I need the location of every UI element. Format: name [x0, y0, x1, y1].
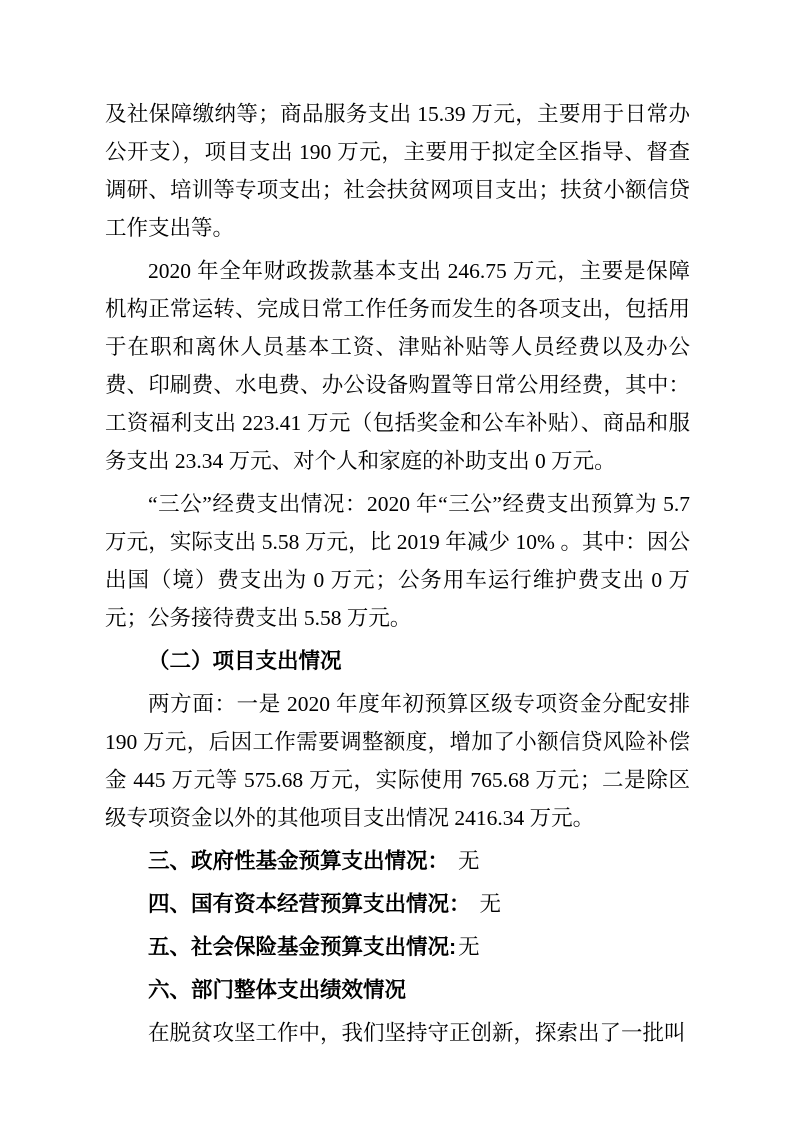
body-paragraph-basic-expenditure: 2020 年全年财政拨款基本支出 246.75 万元，主要是保障机构正常运转、完… — [105, 252, 690, 480]
document-page: 及社保障缴纳等；商品服务支出 15.39 万元，主要用于日常办公开支），项目支出… — [0, 0, 793, 1122]
section-heading-value: 无 — [458, 935, 480, 959]
section-heading-value: 无 — [480, 892, 502, 916]
body-paragraph-poverty-alleviation: 在脱贫攻坚工作中，我们坚持守正创新，探索出了一批叫 — [105, 1014, 690, 1052]
section-heading-government-fund-budget: 三、政府性基金预算支出情况：无 — [105, 842, 690, 880]
section-heading-label: 五、社会保险基金预算支出情况: — [148, 935, 456, 959]
section-heading-state-capital-budget: 四、国有资本经营预算支出情况：无 — [105, 885, 690, 923]
body-paragraph-expenditure-continuation: 及社保障缴纳等；商品服务支出 15.39 万元，主要用于日常办公开支），项目支出… — [105, 95, 690, 247]
section-heading-overall-performance: 六、部门整体支出绩效情况 — [105, 971, 690, 1009]
section-heading-project-expenditure: （二）项目支出情况 — [105, 642, 690, 680]
body-paragraph-project-expenditure-detail: 两方面：一是 2020 年度年初预算区级专项资金分配安排 190 万元，后因工作… — [105, 685, 690, 837]
section-heading-social-insurance-fund-budget: 五、社会保险基金预算支出情况:无 — [105, 928, 690, 966]
section-heading-value: 无 — [458, 849, 480, 873]
section-heading-label: 四、国有资本经营预算支出情况： — [148, 892, 471, 916]
section-heading-label: 三、政府性基金预算支出情况： — [148, 849, 449, 873]
body-paragraph-three-public-funds: “三公”经费支出情况：2020 年“三公”经费支出预算为 5.7 万元，实际支出… — [105, 485, 690, 637]
